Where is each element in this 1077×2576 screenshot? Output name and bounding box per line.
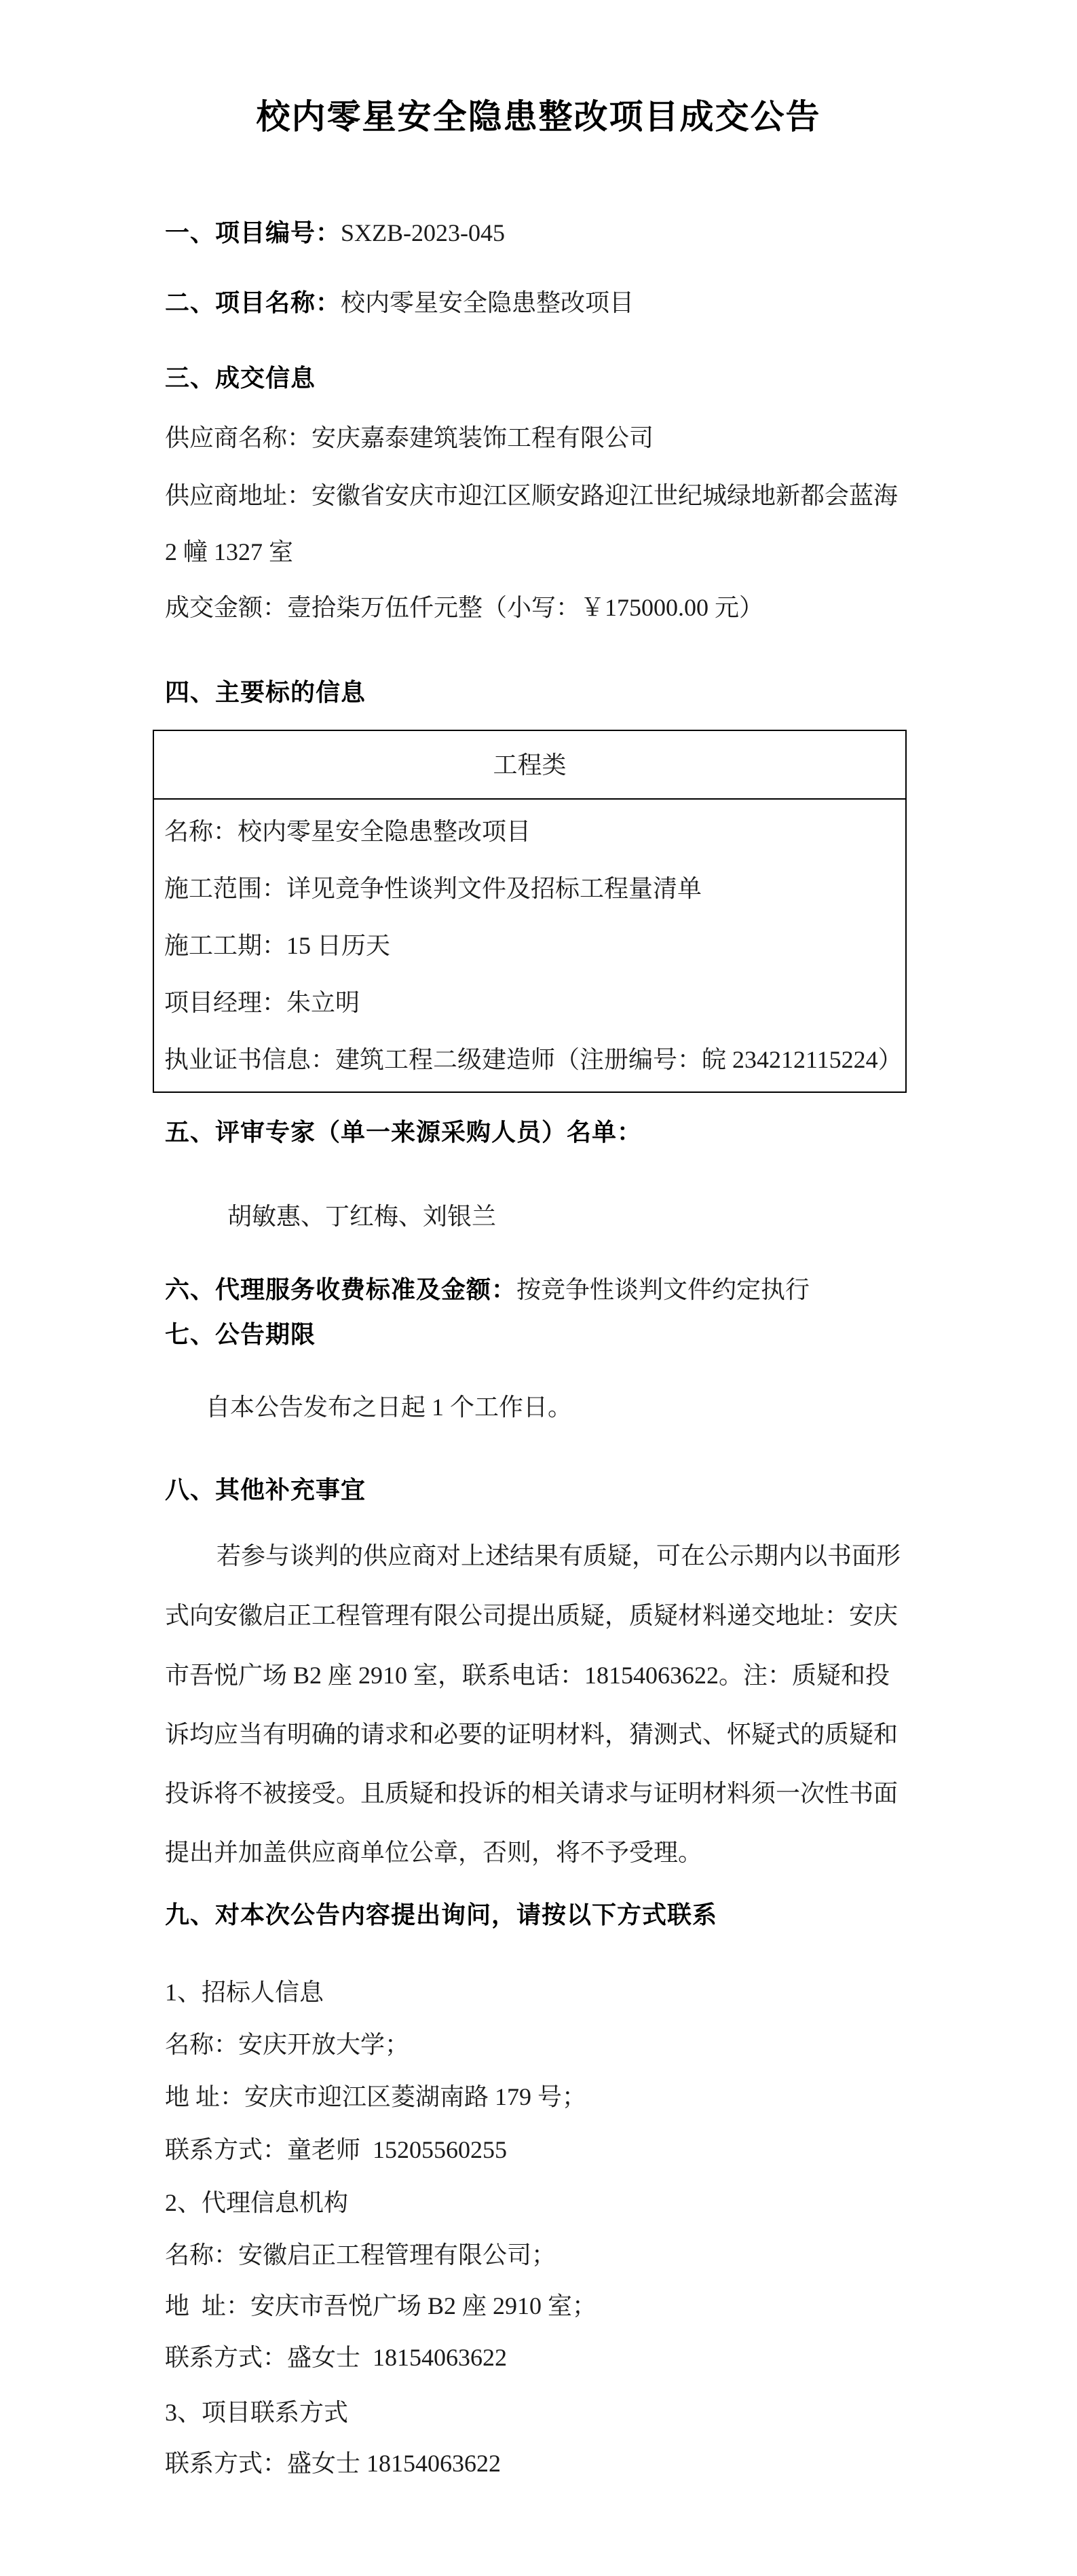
agency-address-line: 地 址：安庆市吾悦广场 B2 座 2910 室；: [165, 2290, 922, 2321]
section-experts-heading: 五、评审专家（单一来源采购人员）名单：: [165, 1117, 922, 1148]
section-supplementary-heading: 八、其他补充事宜: [165, 1474, 922, 1506]
project-number-value: SXZB-2023-045: [341, 219, 505, 246]
table-header-cell: 工程类: [493, 749, 566, 781]
supplier-address-line: 供应商地址：安徽省安庆市迎江区顺安路迎江世纪城绿地新都会蓝海: [165, 480, 922, 511]
agency-group-label: 2、代理信息机构: [165, 2187, 922, 2218]
announcement-period-line: 自本公告发布之日起 1 个工作日。: [165, 1392, 922, 1423]
supplementary-paragraph-line-3: 市吾悦广场 B2 座 2910 室，联系电话：18154063622。注：质疑和…: [165, 1660, 922, 1691]
tenderer-address-line: 地 址：安庆市迎江区菱湖南路 179 号；: [165, 2081, 922, 2112]
table-row-name: 名称：校内零星安全隐患整改项目: [164, 816, 893, 847]
supplier-name-line: 供应商名称：安庆嘉泰建筑装饰工程有限公司: [165, 422, 922, 453]
project-number-line: 一、项目编号：SXZB-2023-045: [165, 217, 922, 248]
project-name-label: 二、项目名称：: [165, 289, 341, 316]
table-row-manager: 项目经理：朱立明: [164, 987, 893, 1018]
supplementary-paragraph-line-4: 诉均应当有明确的请求和必要的证明材料，猜测式、怀疑式的质疑和: [165, 1719, 922, 1750]
page-title: 校内零星安全隐患整改项目成交公告: [0, 95, 1077, 138]
section-deal-info-heading: 三、成交信息: [165, 362, 922, 394]
project-name-value: 校内零星安全隐患整改项目: [341, 289, 634, 316]
supplementary-paragraph-line-6: 提出并加盖供应商单位公章，否则，将不予受理。: [165, 1837, 922, 1868]
table-row-scope: 施工范围：详见竞争性谈判文件及招标工程量清单: [164, 873, 893, 904]
supplementary-paragraph-line-1: 若参与谈判的供应商对上述结果有质疑，可在公示期内以书面形: [165, 1540, 922, 1571]
deal-amount-line: 成交金额：壹拾柒万伍仟元整（小写：￥175000.00 元）: [165, 592, 922, 623]
supplementary-paragraph-line-5: 投诉将不被接受。且质疑和投诉的相关请求与证明材料须一次性书面: [165, 1778, 922, 1809]
agency-fee-line: 六、代理服务收费标准及金额：按竞争性谈判文件约定执行: [165, 1274, 922, 1305]
agency-name-line: 名称：安徽启正工程管理有限公司；: [165, 2239, 922, 2271]
table-header-row: 工程类: [154, 731, 905, 800]
project-contact-group-label: 3、项目联系方式: [165, 2397, 922, 2428]
experts-names-line: 胡敏惠、丁红梅、刘银兰: [165, 1201, 922, 1232]
tenderer-name-line: 名称：安庆开放大学；: [165, 2029, 922, 2060]
agency-fee-label: 六、代理服务收费标准及金额：: [165, 1276, 516, 1303]
table-body-cell: 名称：校内零星安全隐患整改项目 施工范围：详见竞争性谈判文件及招标工程量清单 施…: [154, 800, 905, 1091]
agency-contact-line: 联系方式：盛女士 18154063622: [165, 2342, 922, 2373]
supplier-address-line-2: 2 幢 1327 室: [165, 536, 922, 567]
section-subject-info-heading: 四、主要标的信息: [165, 677, 922, 708]
project-contact-line: 联系方式：盛女士 18154063622: [165, 2448, 922, 2479]
supplementary-paragraph-line-2: 式向安徽启正工程管理有限公司提出质疑，质疑材料递交地址：安庆: [165, 1600, 922, 1631]
document-body: 一、项目编号：SXZB-2023-045 二、项目名称：校内零星安全隐患整改项目…: [165, 217, 922, 2479]
section-contact-heading: 九、对本次公告内容提出询问，请按以下方式联系: [165, 1899, 922, 1930]
tenderer-group-label: 1、招标人信息: [165, 1977, 922, 2008]
announcement-page: 校内零星安全隐患整改项目成交公告 一、项目编号：SXZB-2023-045 二、…: [0, 0, 1077, 2576]
tenderer-contact-line: 联系方式：童老师 15205560255: [165, 2134, 922, 2165]
subject-info-table: 工程类 名称：校内零星安全隐患整改项目 施工范围：详见竞争性谈判文件及招标工程量…: [153, 730, 907, 1093]
table-row-duration: 施工工期：15 日历天: [164, 930, 893, 961]
project-number-label: 一、项目编号：: [165, 219, 341, 246]
section-announcement-period-heading: 七、公告期限: [165, 1319, 922, 1350]
table-row-certificate: 执业证书信息：建筑工程二级建造师（注册编号：皖 234212115224）: [164, 1044, 893, 1075]
agency-fee-value: 按竞争性谈判文件约定执行: [516, 1276, 810, 1303]
project-name-line: 二、项目名称：校内零星安全隐患整改项目: [165, 287, 922, 318]
